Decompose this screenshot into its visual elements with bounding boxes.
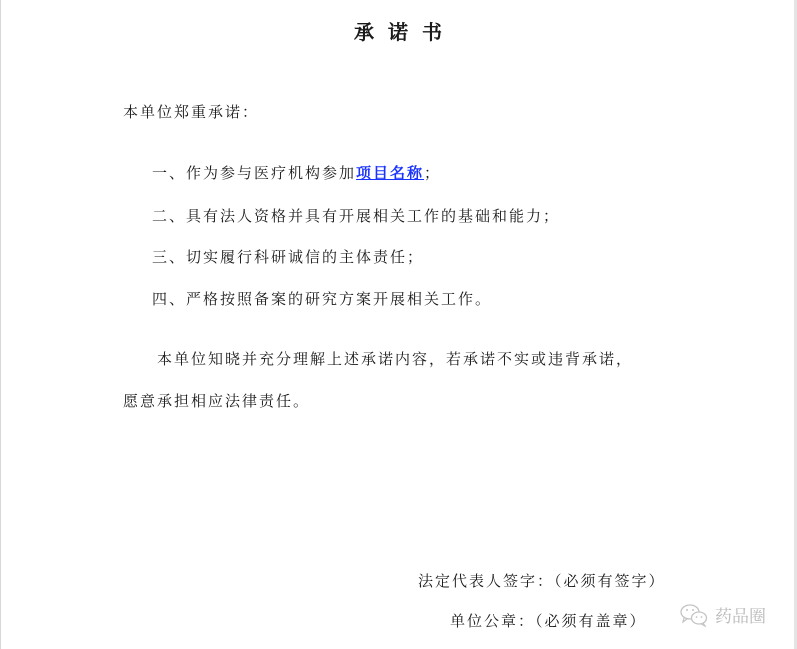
company-seal-line: 单位公章：（必须有盖章） bbox=[450, 610, 647, 631]
document-title: 承诺书 bbox=[1, 16, 795, 45]
commitment-item-1: 一、作为参与医疗机构参加项目名称； bbox=[152, 162, 441, 183]
commitment-item-4: 四、严格按照备案的研究方案开展相关工作。 bbox=[152, 288, 492, 309]
watermark: 药品圈 bbox=[679, 602, 766, 627]
commitment-item-1-suffix: ； bbox=[424, 164, 441, 182]
closing-paragraph-line-1: 本单位知晓并充分理解上述承诺内容，若承诺不实或违背承诺， bbox=[157, 348, 633, 369]
commitment-item-1-prefix: 一、作为参与医疗机构参加 bbox=[152, 164, 356, 182]
document-page: 承诺书 本单位郑重承诺： 一、作为参与医疗机构参加项目名称； 二、具有法人资格并… bbox=[0, 0, 795, 649]
intro-text: 本单位郑重承诺： bbox=[123, 101, 259, 122]
commitment-item-2: 二、具有法人资格并具有开展相关工作的基础和能力； bbox=[152, 205, 560, 226]
wechat-icon bbox=[679, 603, 709, 627]
project-name-link[interactable]: 项目名称 bbox=[356, 164, 424, 182]
legal-rep-signature-line: 法定代表人签字：（必须有签字） bbox=[418, 570, 666, 591]
commitment-item-3: 三、切实履行科研诚信的主体责任； bbox=[152, 246, 424, 267]
closing-paragraph-line-2: 愿意承担相应法律责任。 bbox=[123, 390, 310, 411]
watermark-text: 药品圈 bbox=[715, 602, 766, 627]
